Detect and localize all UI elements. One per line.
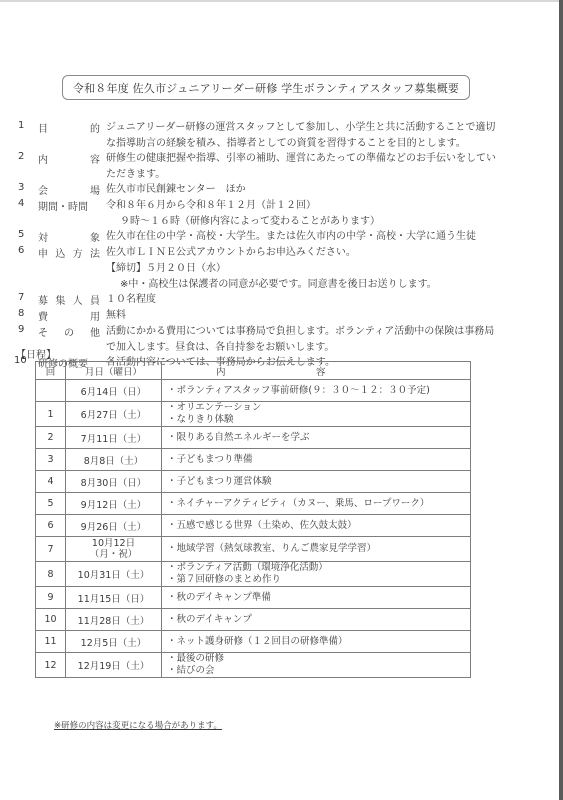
item-number: 1 — [18, 120, 38, 131]
item-label: 期間・時間 — [38, 198, 100, 213]
session-number: 12 — [36, 653, 66, 678]
session-number: 5 — [36, 493, 66, 515]
session-content: ・ボランティアスタッフ事前研修(９：３０～１２：３０予定) — [162, 380, 471, 402]
session-date: 9月12日（土） — [66, 493, 162, 515]
table-row: 3 8月8日（土） ・子どもまつり準備 — [36, 449, 471, 471]
session-content: ・子どもまつり準備 — [162, 449, 471, 471]
table-row: 5 9月12日（土） ・ネイチャーアクティビティ（カヌー、乗馬、ロープワーク） — [36, 493, 471, 515]
item-label: 対 象 — [38, 229, 100, 244]
item-content: 無料 — [106, 308, 496, 324]
table-row: 9 11月15日（日） ・秋のデイキャンプ準備 — [36, 587, 471, 609]
session-content: ・最後の研修 ・結びの会 — [162, 653, 471, 678]
item-number: 6 — [18, 245, 38, 256]
table-row: 4 8月30日（日） ・子どもまつり運営体験 — [36, 471, 471, 493]
session-content: ・ボランティア活動（環境浄化活動） ・第７回研修のまとめ作り — [162, 562, 471, 587]
item-content: 佐久市ＬＩＮＥ公式アカウントからお申込みください。 【締切】５月２０日（水） ※… — [106, 245, 496, 293]
header-session: 回 — [36, 362, 66, 380]
session-content: ・限りある自然エネルギーを学ぶ — [162, 427, 471, 449]
item-number: 3 — [18, 182, 38, 193]
item-content: １０名程度 — [106, 292, 496, 308]
table-row: 7 10月12日 （月・祝） ・地域学習（熱気球教室、りんご農家見学学習） — [36, 537, 471, 562]
session-date: 10月12日 （月・祝） — [66, 537, 162, 562]
document-title: 令和８年度 佐久市ジュニアリーダー研修 学生ボランティアスタッフ募集概要 — [73, 80, 459, 96]
session-content: ・オリエンテーション ・なりきり体験 — [162, 402, 471, 427]
item-content: ジュニアリーダー研修の運営スタッフとして参加し、小学生と共に活動することで適切 … — [106, 120, 496, 152]
table-row: 10 11月28日（土） ・秋のデイキャンプ — [36, 609, 471, 631]
schedule-table: 回 月日（曜日） 内 容 6月14日（日） ・ボランティアスタッフ事前研修(９：… — [35, 361, 471, 678]
session-number: 2 — [36, 427, 66, 449]
item-content: 研修生の健康把握や指導、引率の補助、運営にあたっての準備などのお手伝いをしてい … — [106, 151, 496, 183]
session-date: 8月8日（土） — [66, 449, 162, 471]
session-date: 6月27日（土） — [66, 402, 162, 427]
item-label: 募 集 人 員 — [38, 292, 100, 307]
deadline: 【締切】５月２０日（水） — [106, 261, 496, 277]
session-date: 8月30日（日） — [66, 471, 162, 493]
session-date: 7月11日（土） — [66, 427, 162, 449]
session-number: 9 — [36, 587, 66, 609]
session-number: 3 — [36, 449, 66, 471]
item-number: 4 — [18, 198, 38, 209]
item-label: 費 用 — [38, 308, 100, 323]
session-number: 8 — [36, 562, 66, 587]
session-number: 6 — [36, 515, 66, 537]
scan-edge-right — [559, 0, 563, 800]
item-content: 令和８年６月から令和８年１２月（計１２回） ９時～１６時（研修内容によって変わる… — [106, 198, 496, 230]
item-number: 7 — [18, 292, 38, 303]
session-date: 9月26日（土） — [66, 515, 162, 537]
item-number: 9 — [18, 324, 38, 335]
document-page: 令和８年度 佐久市ジュニアリーダー研修 学生ボランティアスタッフ募集概要 1 目… — [0, 0, 559, 800]
session-number: 7 — [36, 537, 66, 562]
item-content: 佐久市在住の中学・高校・大学生。または佐久市内の中学・高校・大学に通う生徒 — [106, 229, 496, 245]
session-date: 12月5日（土） — [66, 631, 162, 653]
session-content: ・ネイチャーアクティビティ（カヌー、乗馬、ロープワーク） — [162, 493, 471, 515]
item-label: 会 場 — [38, 182, 100, 197]
item-label: 申 込 方 法 — [38, 245, 100, 260]
item-label: そ の 他 — [38, 324, 100, 339]
session-content: ・地域学習（熱気球教室、りんご農家見学学習） — [162, 537, 471, 562]
schedule-heading: 【日程】 — [16, 346, 56, 361]
session-content: ・五感で感じる世界（土染め、佐久鼓太鼓） — [162, 515, 471, 537]
table-row: 12 12月19日（土） ・最後の研修 ・結びの会 — [36, 653, 471, 678]
session-number: 1 — [36, 402, 66, 427]
table-row: 6 9月26日（土） ・五感で感じる世界（土染め、佐久鼓太鼓） — [36, 515, 471, 537]
session-content: ・秋のデイキャンプ準備 — [162, 587, 471, 609]
header-date: 月日（曜日） — [66, 362, 162, 380]
item-number: 2 — [18, 151, 38, 162]
session-content: ・子どもまつり運営体験 — [162, 471, 471, 493]
session-number: 10 — [36, 609, 66, 631]
item-content: 佐久市市民創錬センター ほか — [106, 182, 496, 198]
session-number: 4 — [36, 471, 66, 493]
schedule-footnote: ※研修の内容は変更になる場合があります。 — [54, 719, 222, 731]
table-row: 8 10月31日（土） ・ボランティア活動（環境浄化活動） ・第７回研修のまとめ… — [36, 562, 471, 587]
session-content: ・秋のデイキャンプ — [162, 609, 471, 631]
session-date: 12月19日（土） — [66, 653, 162, 678]
item-label: 内 容 — [38, 151, 100, 166]
item-number: 5 — [18, 229, 38, 240]
session-date: 10月31日（土） — [66, 562, 162, 587]
table-row: 11 12月5日（土） ・ネット護身研修（１２回目の研修準備） — [36, 631, 471, 653]
session-date: 6月14日（日） — [66, 380, 162, 402]
session-content: ・ネット護身研修（１２回目の研修準備） — [162, 631, 471, 653]
item-label: 目 的 — [38, 120, 100, 135]
item-number: 8 — [18, 308, 38, 319]
schedule-header-row: 回 月日（曜日） 内 容 — [36, 362, 471, 380]
table-row: 1 6月27日（土） ・オリエンテーション ・なりきり体験 — [36, 402, 471, 427]
session-number: 11 — [36, 631, 66, 653]
document-title-box: 令和８年度 佐久市ジュニアリーダー研修 学生ボランティアスタッフ募集概要 — [62, 75, 470, 100]
header-content: 内 容 — [162, 362, 471, 380]
table-row: 6月14日（日） ・ボランティアスタッフ事前研修(９：３０～１２：３０予定) — [36, 380, 471, 402]
item-content: 活動にかかる費用については事務局で負担します。ボランティア活動中の保険は事務局 … — [106, 324, 496, 356]
session-date: 11月15日（日） — [66, 587, 162, 609]
session-number — [36, 380, 66, 402]
table-row: 2 7月11日（土） ・限りある自然エネルギーを学ぶ — [36, 427, 471, 449]
session-date: 11月28日（土） — [66, 609, 162, 631]
